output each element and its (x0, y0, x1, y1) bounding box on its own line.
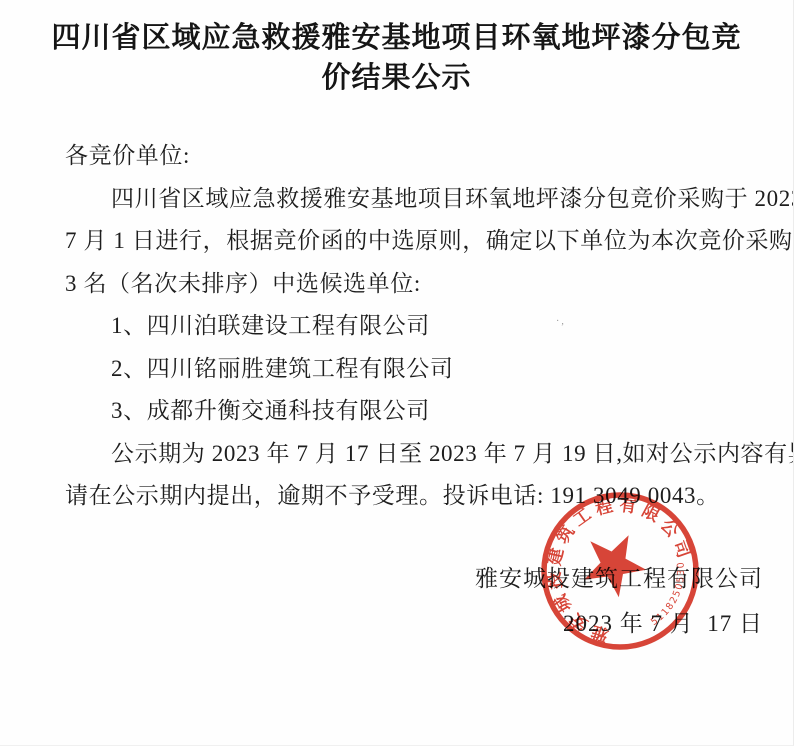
document-title: 四川省区域应急救援雅安基地项目环氧地坪漆分包竞 价结果公示 (40, 18, 753, 98)
salutation: 各竞价单位: (65, 135, 767, 178)
candidate-item-3: 3、成都升衡交通科技有限公司 (65, 390, 767, 433)
candidate-item-2: 2、四川铭丽胜建筑工程有限公司 (65, 348, 767, 391)
company-seal: 雅安城投建筑工程有限公司 5118250530 (535, 486, 705, 656)
paragraph1-line-1: 四川省区域应急救援雅安基地项目环氧地坪漆分包竞价采购于 2023 年 (65, 178, 767, 221)
title-line-1: 四川省区域应急救援雅安基地项目环氧地坪漆分包竞 (40, 18, 753, 58)
paragraph1-line-3: 3 名（名次未排序）中选候选单位: (65, 263, 767, 306)
title-line-2: 价结果公示 (40, 58, 753, 98)
document-body: 各竞价单位: 四川省区域应急救援雅安基地项目环氧地坪漆分包竞价采购于 2023 … (65, 135, 767, 518)
paragraph2-line-1: 公示期为 2023 年 7 月 17 日至 2023 年 7 月 19 日,如对… (65, 433, 767, 476)
paragraph1-line-2: 7 月 1 日进行，根据竞价函的中选原则，确定以下单位为本次竞价采购的前 (65, 220, 767, 263)
scanned-document-page: 四川省区域应急救援雅安基地项目环氧地坪漆分包竞 价结果公示 各竞价单位: 四川省… (0, 0, 794, 746)
scan-speck: ·, (556, 316, 566, 327)
seal-star (568, 519, 655, 606)
candidate-item-1: 1、四川泊联建设工程有限公司 (65, 305, 767, 348)
